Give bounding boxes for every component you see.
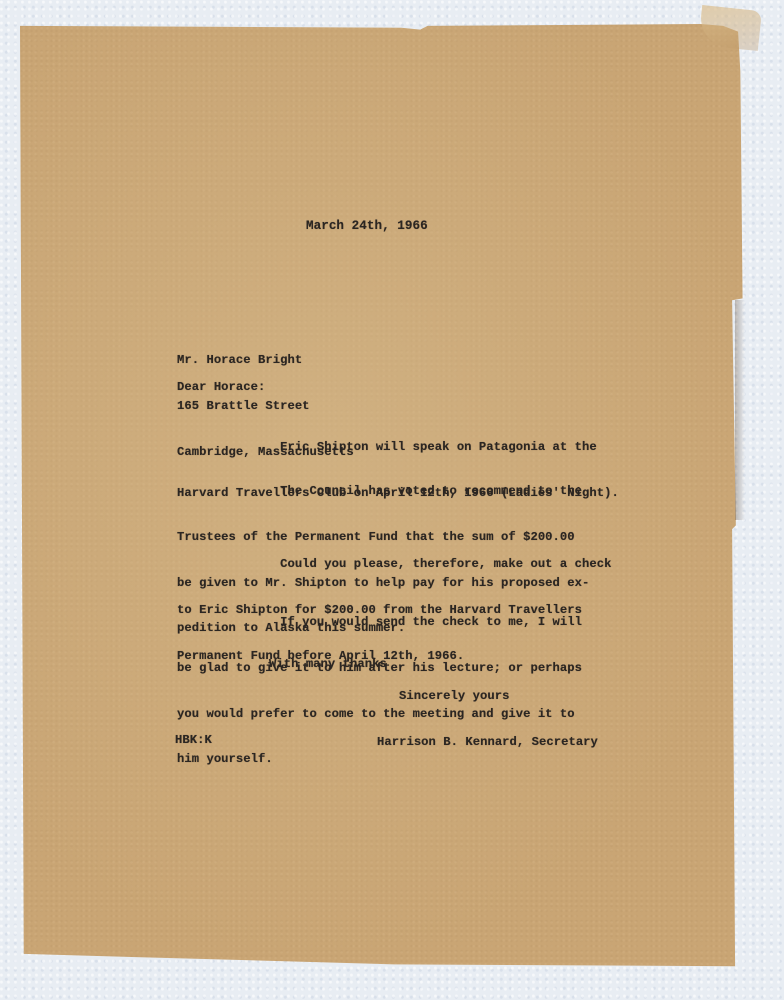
paragraph-line: If you would send the check to me, I wil… [177, 615, 582, 630]
letter-date: March 24th, 1966 [306, 219, 428, 234]
recipient-name: Mr. Horace Bright [177, 353, 354, 368]
paragraph-line: him yourself. [177, 752, 582, 767]
reference-initials: HBK:K [175, 733, 212, 748]
signature-line: Harrison B. Kennard, Secretary [377, 735, 598, 750]
paragraph-line: you would prefer to come to the meeting … [177, 707, 582, 722]
closing: Sincerely yours [399, 689, 509, 704]
salutation: Dear Horace: [177, 380, 265, 395]
paragraph-line: The Council has voted to recommend to th… [177, 484, 589, 499]
paper-edge-shadow [735, 300, 745, 520]
paragraph-line: Could you please, therefore, make out a … [177, 557, 611, 572]
paragraph-4: If you would send the check to me, I wil… [177, 585, 582, 783]
thanks-line: With many thanks [269, 657, 387, 672]
